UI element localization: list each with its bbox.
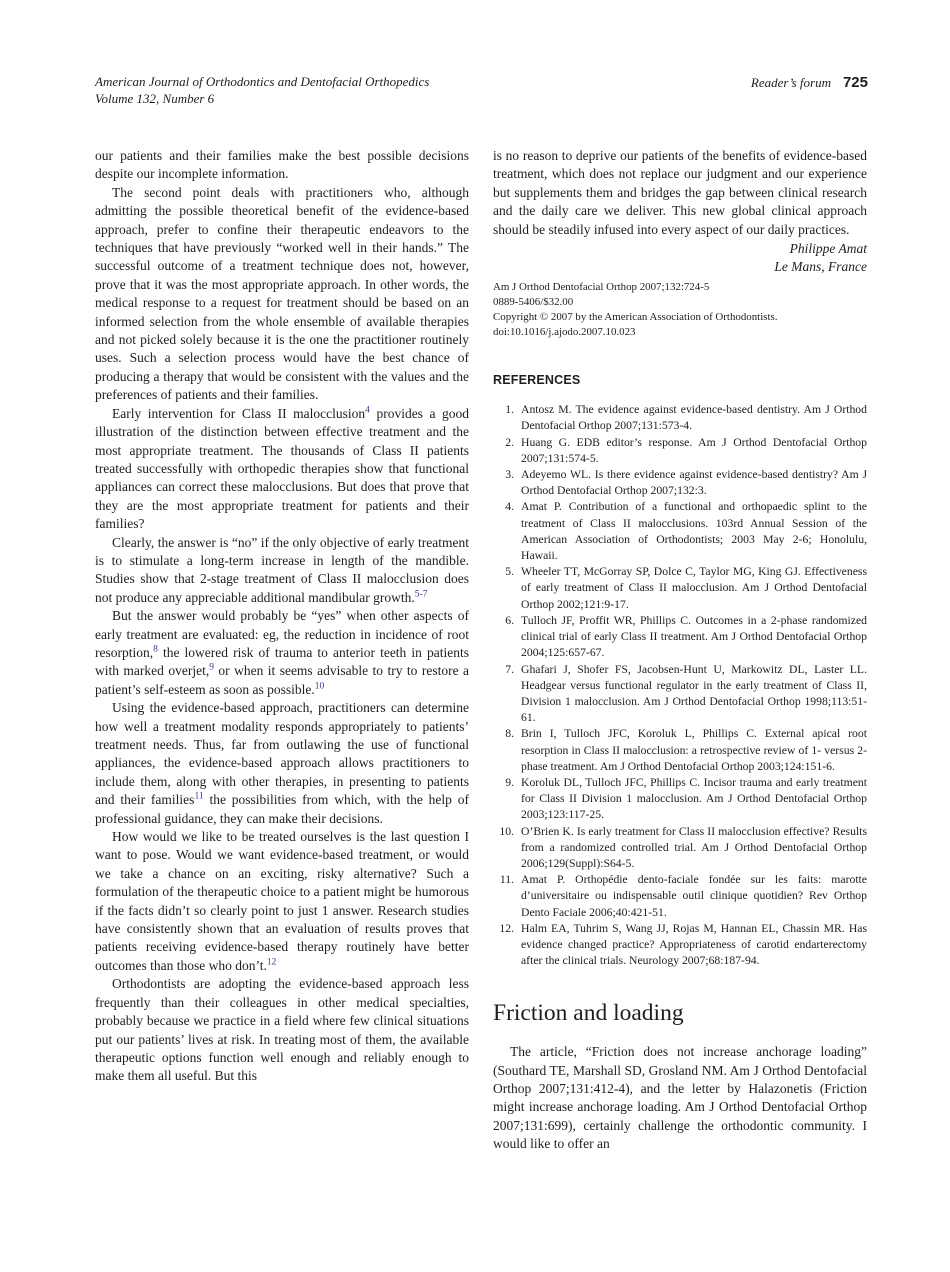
citation-link[interactable]: 5-7 — [415, 589, 428, 599]
reference-number: 7. — [493, 662, 514, 727]
reference-number: 8. — [493, 726, 514, 775]
reference-item: 4.Amat P. Contribution of a functional a… — [493, 499, 867, 564]
footnote-line: 0889-5406/$32.00 — [493, 295, 867, 310]
left-column-paragraphs: our patients and their families make the… — [95, 147, 469, 1086]
article-footnote: Am J Orthod Dentofacial Orthop 2007;132:… — [493, 280, 867, 340]
reference-number: 12. — [493, 921, 514, 970]
reference-text: Amat P. Orthopédie dento-faciale fondée … — [521, 872, 867, 921]
reference-item: 12.Halm EA, Tuhrim S, Wang JJ, Rojas M, … — [493, 921, 867, 970]
left-column: our patients and their families make the… — [95, 147, 469, 1154]
citation-link[interactable]: 9 — [209, 663, 214, 673]
author-location: Le Mans, France — [493, 258, 867, 276]
page-number: 725 — [843, 74, 868, 91]
paragraph: But the answer would probably be “yes” w… — [95, 607, 469, 699]
author-signature: Philippe Amat Le Mans, France — [493, 240, 867, 277]
reference-item: 3.Adeyemo WL. Is there evidence against … — [493, 467, 867, 499]
footnote-line: Am J Orthod Dentofacial Orthop 2007;132:… — [493, 280, 867, 295]
reference-number: 1. — [493, 402, 514, 434]
paragraph: Orthodontists are adopting the evidence-… — [95, 975, 469, 1085]
reference-item: 1.Antosz M. The evidence against evidenc… — [493, 402, 867, 434]
reference-text: Ghafari J, Shofer FS, Jacobsen-Hunt U, M… — [521, 662, 867, 727]
journal-title-block: American Journal of Orthodontics and Den… — [95, 74, 429, 107]
reference-text: Brin I, Tulloch JFC, Koroluk L, Phillips… — [521, 726, 867, 775]
reference-item: 10.O’Brien K. Is early treatment for Cla… — [493, 824, 867, 873]
citation-link[interactable]: 10 — [315, 681, 325, 691]
reference-number: 9. — [493, 775, 514, 824]
reference-item: 6.Tulloch JF, Proffit WR, Phillips C. Ou… — [493, 613, 867, 662]
footnote-line: doi:10.1016/j.ajodo.2007.10.023 — [493, 325, 867, 340]
author-name: Philippe Amat — [493, 240, 867, 258]
running-head: American Journal of Orthodontics and Den… — [95, 74, 868, 107]
references-list: 1.Antosz M. The evidence against evidenc… — [493, 402, 867, 969]
reference-text: Tulloch JF, Proffit WR, Phillips C. Outc… — [521, 613, 867, 662]
paragraph: The second point deals with practitioner… — [95, 184, 469, 405]
reference-item: 7.Ghafari J, Shofer FS, Jacobsen-Hunt U,… — [493, 662, 867, 727]
citation-link[interactable]: 4 — [365, 405, 370, 415]
reference-text: Wheeler TT, McGorray SP, Dolce C, Taylor… — [521, 564, 867, 613]
reference-number: 2. — [493, 435, 514, 467]
right-column-paragraphs: is no reason to deprive our patients of … — [493, 147, 867, 239]
reference-text: Koroluk DL, Tulloch JFC, Phillips C. Inc… — [521, 775, 867, 824]
reference-number: 6. — [493, 613, 514, 662]
two-column-body: our patients and their families make the… — [95, 147, 868, 1154]
reference-item: 11.Amat P. Orthopédie dento-faciale fond… — [493, 872, 867, 921]
section-label: Reader’s forum — [751, 75, 831, 91]
reference-text: Huang G. EDB editor’s response. Am J Ort… — [521, 435, 867, 467]
journal-page: American Journal of Orthodontics and Den… — [0, 0, 950, 1272]
paragraph: The article, “Friction does not increase… — [493, 1043, 867, 1153]
running-head-right: Reader’s forum 725 — [751, 74, 868, 91]
reference-number: 11. — [493, 872, 514, 921]
citation-link[interactable]: 12 — [267, 957, 277, 967]
paragraph: our patients and their families make the… — [95, 147, 469, 184]
reference-number: 4. — [493, 499, 514, 564]
reference-text: Amat P. Contribution of a functional and… — [521, 499, 867, 564]
paragraph: Clearly, the answer is “no” if the only … — [95, 534, 469, 608]
paragraph: Using the evidence-based approach, pract… — [95, 699, 469, 828]
citation-link[interactable]: 11 — [194, 792, 203, 802]
reference-number: 3. — [493, 467, 514, 499]
paragraph: How would we like to be treated ourselve… — [95, 828, 469, 975]
journal-volume-issue: Volume 132, Number 6 — [95, 91, 429, 108]
reference-number: 10. — [493, 824, 514, 873]
right-column: is no reason to deprive our patients of … — [493, 147, 867, 1154]
paragraph: is no reason to deprive our patients of … — [493, 147, 867, 239]
reference-text: Halm EA, Tuhrim S, Wang JJ, Rojas M, Han… — [521, 921, 867, 970]
paragraph: Early intervention for Class II malocclu… — [95, 405, 469, 534]
reference-text: Antosz M. The evidence against evidence-… — [521, 402, 867, 434]
reference-item: 8.Brin I, Tulloch JFC, Koroluk L, Philli… — [493, 726, 867, 775]
reference-number: 5. — [493, 564, 514, 613]
reference-item: 2.Huang G. EDB editor’s response. Am J O… — [493, 435, 867, 467]
reference-item: 9.Koroluk DL, Tulloch JFC, Phillips C. I… — [493, 775, 867, 824]
journal-title: American Journal of Orthodontics and Den… — [95, 74, 429, 91]
references-heading: REFERENCES — [493, 371, 867, 389]
section-title-friction-and-loading: Friction and loading — [493, 999, 867, 1027]
reference-item: 5.Wheeler TT, McGorray SP, Dolce C, Tayl… — [493, 564, 867, 613]
citation-link[interactable]: 8 — [153, 644, 158, 654]
reference-text: O’Brien K. Is early treatment for Class … — [521, 824, 867, 873]
reference-text: Adeyemo WL. Is there evidence against ev… — [521, 467, 867, 499]
friction-section-paragraphs: The article, “Friction does not increase… — [493, 1043, 867, 1153]
footnote-line: Copyright © 2007 by the American Associa… — [493, 310, 867, 325]
